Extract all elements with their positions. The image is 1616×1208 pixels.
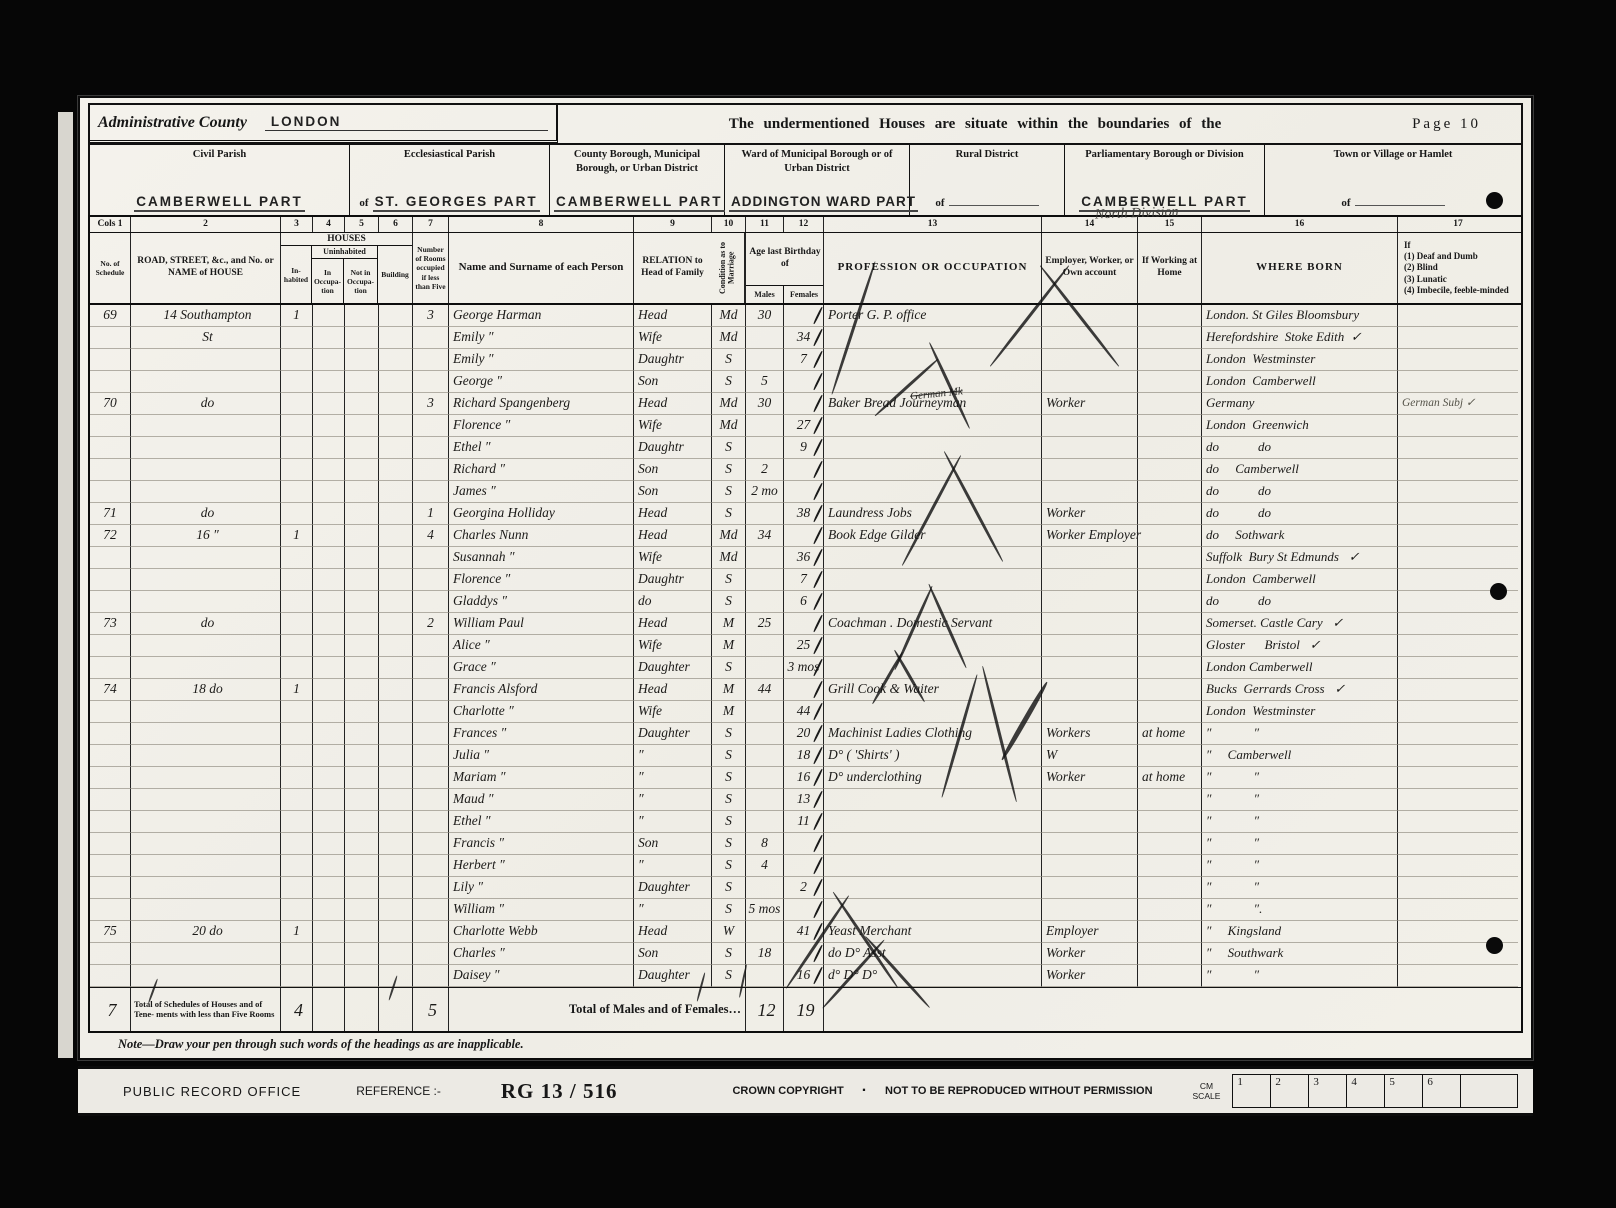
cell-condition: S <box>711 591 745 613</box>
cell-in-occupation <box>312 613 344 635</box>
header-working-at-home: If Working at Home <box>1137 233 1201 303</box>
cell-building <box>378 833 412 855</box>
cell-inhabited <box>280 745 312 767</box>
cell-building <box>378 415 412 437</box>
cell-employer <box>1041 811 1137 833</box>
administrative-county-box: Administrative County LONDON <box>90 105 558 143</box>
cell-person-name: William ″ <box>448 899 633 921</box>
cell-road <box>130 943 280 965</box>
cell-road <box>130 811 280 833</box>
cell-employer <box>1041 613 1137 635</box>
table-row: Maud ″″S13″ ″ <box>90 789 1521 811</box>
cell-occupation <box>823 833 1041 855</box>
cell-age-male <box>745 657 783 679</box>
cell-person-name: Gladdys ″ <box>448 591 633 613</box>
cell-in-occupation <box>312 811 344 833</box>
cell-rooms <box>412 591 448 613</box>
cell-rooms <box>412 547 448 569</box>
cell-age-male: 18 <box>745 943 783 965</box>
cell-condition: W <box>711 921 745 943</box>
administrative-county-label: Administrative County <box>98 114 247 132</box>
header-uninhabited: Uninhabited <box>312 246 378 259</box>
cell-inhabited <box>280 547 312 569</box>
cell-inhabited <box>280 965 312 987</box>
cell-relation: ″ <box>633 899 711 921</box>
cell-at-home <box>1137 525 1201 547</box>
undermentioned-houses-heading: The undermentioned Houses are situate wi… <box>558 116 1392 133</box>
table-row: Gladdys ″doS6do do <box>90 591 1521 613</box>
cell-condition: S <box>711 789 745 811</box>
cell-building <box>378 877 412 899</box>
cell-building <box>378 437 412 459</box>
cell-road <box>130 855 280 877</box>
cell-employer: W <box>1041 745 1137 767</box>
table-body: 6914 Southampton13George HarmanHeadMd30P… <box>90 305 1521 987</box>
cell-infirmity <box>1397 547 1518 569</box>
cell-employer <box>1041 635 1137 657</box>
cell-where-born: ″ ″ <box>1201 855 1397 877</box>
header-not-in-occupation: Not in Occupa- tion <box>344 259 378 303</box>
cell-in-occupation <box>312 701 344 723</box>
cm-scale-ruler: 123456 <box>1232 1074 1518 1108</box>
cell-inhabited <box>280 415 312 437</box>
scan-dot <box>1490 583 1507 600</box>
cell-where-born: do do <box>1201 481 1397 503</box>
cell-infirmity <box>1397 679 1518 701</box>
cell-rooms: 4 <box>412 525 448 547</box>
cell-in-occupation <box>312 855 344 877</box>
cell-not-in-occupation <box>344 327 378 349</box>
cell-person-name: Mariam ″ <box>448 767 633 789</box>
cell-infirmity <box>1397 349 1518 371</box>
cell-schedule <box>90 437 130 459</box>
table-row: Emily ″DaughtrS7London Westminster <box>90 349 1521 371</box>
cell-occupation <box>823 855 1041 877</box>
blank-line <box>949 196 1039 206</box>
cell-in-occupation <box>312 327 344 349</box>
cell-age-male <box>745 745 783 767</box>
cell-not-in-occupation <box>344 877 378 899</box>
table-row: Ethel ″″S11″ ″ <box>90 811 1521 833</box>
cell-in-occupation <box>312 877 344 899</box>
cell-person-name: George ″ <box>448 371 633 393</box>
cell-person-name: Richard ″ <box>448 459 633 481</box>
cell-not-in-occupation <box>344 591 378 613</box>
cell-where-born: Herefordshire Stoke Edith ✓ <box>1201 327 1397 349</box>
cell-employer <box>1041 899 1137 921</box>
cell-rooms <box>412 701 448 723</box>
cell-rooms <box>412 349 448 371</box>
cell-age-male <box>745 415 783 437</box>
cell-relation: Head <box>633 679 711 701</box>
cell-not-in-occupation <box>344 943 378 965</box>
cell-person-name: Herbert ″ <box>448 855 633 877</box>
cell-condition: S <box>711 723 745 745</box>
cell-relation: Wife <box>633 701 711 723</box>
cell-employer: Worker Employer <box>1041 525 1137 547</box>
cell-not-in-occupation <box>344 833 378 855</box>
cell-relation: Head <box>633 393 711 415</box>
cell-employer: Worker <box>1041 965 1137 987</box>
cell-occupation <box>823 701 1041 723</box>
cell-schedule <box>90 657 130 679</box>
table-row: Francis ″SonS8″ ″ <box>90 833 1521 855</box>
cell-where-born: London Camberwell <box>1201 569 1397 591</box>
cell-at-home: at home <box>1137 767 1201 789</box>
cell-rooms <box>412 459 448 481</box>
cell-rooms: 3 <box>412 393 448 415</box>
cell-not-in-occupation <box>344 789 378 811</box>
cell-person-name: Richard Spangenberg <box>448 393 633 415</box>
header-employer: Employer, Worker, or Own account <box>1041 233 1137 303</box>
cell-relation: ″ <box>633 789 711 811</box>
cell-person-name: Daisey ″ <box>448 965 633 987</box>
ward-value: ADDINGTON WARD PART <box>729 194 918 212</box>
cell-relation: ″ <box>633 745 711 767</box>
cell-where-born: Somerset. Castle Cary ✓ <box>1201 613 1397 635</box>
cell-where-born: ″ ″ <box>1201 877 1397 899</box>
cell-inhabited <box>280 657 312 679</box>
cell-age-male: 2 mo <box>745 481 783 503</box>
cell-condition: Md <box>711 547 745 569</box>
column-headers-row: No. of Schedule ROAD, STREET, &c., and N… <box>90 233 1521 305</box>
column-numbers-row: Cols 1234567891011121314151617 <box>90 217 1521 233</box>
cell-not-in-occupation <box>344 569 378 591</box>
cell-schedule <box>90 481 130 503</box>
pro-office-label: PUBLIC RECORD OFFICE <box>123 1084 301 1099</box>
cell-condition: M <box>711 613 745 635</box>
column-number: 13 <box>823 217 1041 232</box>
cell-road <box>130 877 280 899</box>
cell-rooms <box>412 855 448 877</box>
cell-inhabited <box>280 723 312 745</box>
cell-infirmity <box>1397 481 1518 503</box>
cell-where-born: London Camberwell <box>1201 371 1397 393</box>
cell-in-occupation <box>312 305 344 327</box>
cell-building <box>378 569 412 591</box>
ruler-cell: 1 <box>1232 1075 1270 1107</box>
header-condition: Condition as to Marriage <box>711 233 745 303</box>
cell-building <box>378 921 412 943</box>
cell-in-occupation <box>312 503 344 525</box>
cell-building <box>378 503 412 525</box>
cell-in-occupation <box>312 525 344 547</box>
cell-at-home <box>1137 415 1201 437</box>
cell-employer <box>1041 459 1137 481</box>
cell-employer <box>1041 789 1137 811</box>
cell-condition: S <box>711 767 745 789</box>
table-row: 73do2William PaulHeadM25Coachman . Domes… <box>90 613 1521 635</box>
cell-at-home <box>1137 789 1201 811</box>
cell-employer: Employer <box>1041 921 1137 943</box>
cell-not-in-occupation <box>344 811 378 833</box>
cell-not-in-occupation <box>344 921 378 943</box>
cell-at-home <box>1137 745 1201 767</box>
cell-relation: ″ <box>633 855 711 877</box>
cell-rooms <box>412 877 448 899</box>
cell-road: 20 do <box>130 921 280 943</box>
cell-inhabited <box>280 569 312 591</box>
cell-age-male <box>745 349 783 371</box>
cell-person-name: Emily ″ <box>448 327 633 349</box>
table-row: William ″″S5 mos″ ″. <box>90 899 1521 921</box>
table-row: Ethel ″DaughtrS9do do <box>90 437 1521 459</box>
column-number: 12 <box>783 217 823 232</box>
header-infirmity: If (1) Deaf and Dumb (2) Blind (3) Lunat… <box>1397 233 1518 303</box>
cell-relation: ″ <box>633 811 711 833</box>
cell-condition: S <box>711 855 745 877</box>
cell-at-home <box>1137 613 1201 635</box>
cell-relation: Head <box>633 613 711 635</box>
cell-relation: Daughter <box>633 657 711 679</box>
cell-employer <box>1041 481 1137 503</box>
cell-employer <box>1041 877 1137 899</box>
cell-infirmity <box>1397 833 1518 855</box>
cell-condition: S <box>711 899 745 921</box>
cell-in-occupation <box>312 459 344 481</box>
cell-age-male <box>745 327 783 349</box>
table-row: Julia ″″S18D° ( 'Shirts' )W″ Camberwell <box>90 745 1521 767</box>
column-number: 16 <box>1201 217 1397 232</box>
cell-employer <box>1041 855 1137 877</box>
cell-where-born: Gloster Bristol ✓ <box>1201 635 1397 657</box>
cell-relation: Son <box>633 371 711 393</box>
cell-relation: do <box>633 591 711 613</box>
cell-age-male <box>745 437 783 459</box>
cell-employer <box>1041 371 1137 393</box>
cell-rooms <box>412 767 448 789</box>
cell-in-occupation <box>312 657 344 679</box>
cell-schedule <box>90 789 130 811</box>
cell-at-home <box>1137 657 1201 679</box>
cell-road <box>130 635 280 657</box>
cell-road <box>130 789 280 811</box>
cell-in-occupation <box>312 789 344 811</box>
cell-road <box>130 459 280 481</box>
cell-infirmity <box>1397 877 1518 899</box>
cell-at-home <box>1137 547 1201 569</box>
public-record-office-footer: PUBLIC RECORD OFFICE REFERENCE :- RG 13 … <box>78 1066 1533 1116</box>
cell-occupation: Book Edge Gilder <box>823 525 1041 547</box>
column-number: Cols 1 <box>90 217 130 232</box>
cell-road: 18 do <box>130 679 280 701</box>
cell-at-home: at home <box>1137 723 1201 745</box>
cell-rooms: 1 <box>412 503 448 525</box>
cell-age-male <box>745 723 783 745</box>
cell-occupation <box>823 547 1041 569</box>
cell-rooms <box>412 745 448 767</box>
header-houses-group: HOUSES In- habited Uninhabited In Occupa… <box>280 233 412 303</box>
cell-condition: M <box>711 635 745 657</box>
table-row: StEmily ″WifeMd34Herefordshire Stoke Edi… <box>90 327 1521 349</box>
cell-at-home <box>1137 701 1201 723</box>
cell-infirmity <box>1397 525 1518 547</box>
ecclesiastical-parish-label: Ecclesiastical Parish <box>354 148 545 162</box>
cell-schedule <box>90 547 130 569</box>
town-village-label: Town or Village or Hamlet <box>1269 148 1517 162</box>
district-header-row: Civil Parish CAMBERWELL PART Ecclesiasti… <box>88 143 1523 215</box>
cell-age-male <box>745 877 783 899</box>
cell-age-male <box>745 591 783 613</box>
cell-inhabited <box>280 899 312 921</box>
cell-in-occupation <box>312 745 344 767</box>
cell-relation: Daughtr <box>633 569 711 591</box>
header-houses: HOUSES <box>281 233 412 246</box>
cell-inhabited: 1 <box>280 525 312 547</box>
cell-relation: Daughter <box>633 723 711 745</box>
cell-rooms <box>412 943 448 965</box>
cell-not-in-occupation <box>344 305 378 327</box>
cell-rooms <box>412 415 448 437</box>
cell-building <box>378 943 412 965</box>
column-number: 11 <box>745 217 783 232</box>
cell-inhabited: 1 <box>280 921 312 943</box>
cell-relation: Daughter <box>633 965 711 987</box>
header-schedule: No. of Schedule <box>90 233 130 303</box>
table-row: Frances ″DaughterS20Machinist Ladies Clo… <box>90 723 1521 745</box>
cell-condition: S <box>711 877 745 899</box>
cell-in-occupation <box>312 679 344 701</box>
cell-age-male: 4 <box>745 855 783 877</box>
table-row: James ″SonS2 modo do <box>90 481 1521 503</box>
cell-at-home <box>1137 569 1201 591</box>
ruler-cell-empty <box>1460 1075 1518 1107</box>
ecclesiastical-parish-box: Ecclesiastical Parish ofST. GEORGES PART <box>350 145 550 215</box>
cell-road <box>130 701 280 723</box>
cell-rooms <box>412 965 448 987</box>
cell-rooms <box>412 657 448 679</box>
cell-inhabited <box>280 459 312 481</box>
cell-rooms <box>412 569 448 591</box>
cell-employer: Worker <box>1041 393 1137 415</box>
total-males-females-label: Total of Males and of Females… <box>448 988 745 1031</box>
cell-relation: ″ <box>633 767 711 789</box>
cell-age-male: 34 <box>745 525 783 547</box>
cell-inhabited <box>280 877 312 899</box>
civil-parish-value: CAMBERWELL PART <box>134 194 305 212</box>
cell-schedule <box>90 811 130 833</box>
totals-row: 7 Total of Schedules of Houses and of Te… <box>90 987 1521 1031</box>
cell-occupation <box>823 657 1041 679</box>
cell-person-name: Charles ″ <box>448 943 633 965</box>
cell-infirmity <box>1397 723 1518 745</box>
cell-not-in-occupation <box>344 657 378 679</box>
separator-dot: · <box>862 1082 867 1100</box>
cell-building <box>378 327 412 349</box>
table-row: George ″SonS5London Camberwell <box>90 371 1521 393</box>
cell-in-occupation <box>312 635 344 657</box>
cell-schedule <box>90 943 130 965</box>
cell-infirmity <box>1397 459 1518 481</box>
cell-building <box>378 371 412 393</box>
cell-condition: S <box>711 657 745 679</box>
cell-where-born: London Greenwich <box>1201 415 1397 437</box>
cell-relation: Daughter <box>633 877 711 899</box>
cell-occupation <box>823 811 1041 833</box>
cell-where-born: do do <box>1201 437 1397 459</box>
cell-in-occupation <box>312 393 344 415</box>
cell-inhabited: 1 <box>280 679 312 701</box>
cell-building <box>378 789 412 811</box>
cell-age-male <box>745 547 783 569</box>
total-females: 19 <box>783 988 823 1031</box>
cell-at-home <box>1137 833 1201 855</box>
cell-condition: Md <box>711 415 745 437</box>
cell-inhabited <box>280 767 312 789</box>
cell-where-born: ″ ″ <box>1201 833 1397 855</box>
cell-person-name: Francis Alsford <box>448 679 633 701</box>
cell-relation: Son <box>633 459 711 481</box>
cell-not-in-occupation <box>344 635 378 657</box>
cell-relation: Daughtr <box>633 437 711 459</box>
cell-at-home <box>1137 481 1201 503</box>
cell-person-name: Lily ″ <box>448 877 633 899</box>
cell-relation: Son <box>633 943 711 965</box>
cell-age-male <box>745 503 783 525</box>
cell-inhabited <box>280 503 312 525</box>
cell-occupation <box>823 481 1041 503</box>
column-number: 2 <box>130 217 280 232</box>
blank-line <box>1355 196 1445 206</box>
cell-not-in-occupation <box>344 371 378 393</box>
header-road: ROAD, STREET, &c., and No. or NAME of HO… <box>130 233 280 303</box>
cell-building <box>378 525 412 547</box>
cell-not-in-occupation <box>344 415 378 437</box>
cell-infirmity <box>1397 371 1518 393</box>
cell-in-occupation <box>312 723 344 745</box>
table-row: Charlotte ″WifeM44London Westminster <box>90 701 1521 723</box>
cell-at-home <box>1137 371 1201 393</box>
reproduction-notice: NOT TO BE REPRODUCED WITHOUT PERMISSION <box>885 1085 1152 1097</box>
cell-infirmity <box>1397 327 1518 349</box>
cell-road <box>130 767 280 789</box>
cell-at-home <box>1137 921 1201 943</box>
cell-person-name: Emily ″ <box>448 349 633 371</box>
cell-rooms <box>412 899 448 921</box>
cell-infirmity <box>1397 635 1518 657</box>
cell-condition: Md <box>711 305 745 327</box>
cell-building <box>378 899 412 921</box>
ecclesiastical-parish-value: ST. GEORGES PART <box>373 194 540 212</box>
cell-building <box>378 679 412 701</box>
cell-infirmity <box>1397 657 1518 679</box>
cell-inhabited <box>280 349 312 371</box>
cell-employer <box>1041 569 1137 591</box>
cell-condition: Md <box>711 327 745 349</box>
cell-age-male: 5 <box>745 371 783 393</box>
cell-occupation: Coachman . Domestic Servant <box>823 613 1041 635</box>
table-row: Richard ″SonS2do Camberwell <box>90 459 1521 481</box>
cell-in-occupation <box>312 349 344 371</box>
cell-not-in-occupation <box>344 525 378 547</box>
cell-at-home <box>1137 635 1201 657</box>
header-relation: RELATION to Head of Family <box>633 233 711 303</box>
cell-building <box>378 305 412 327</box>
cell-relation: Head <box>633 525 711 547</box>
header-where-born: WHERE BORN <box>1201 233 1397 303</box>
cell-person-name: James ″ <box>448 481 633 503</box>
cell-road: 16 ″ <box>130 525 280 547</box>
cell-age-male <box>745 767 783 789</box>
header-age: Age last Birthday of <box>746 233 824 286</box>
census-sheet: Administrative County LONDON The underme… <box>78 96 1533 1060</box>
county-borough-box: County Borough, Municipal Borough, or Ur… <box>550 145 725 215</box>
cell-building <box>378 767 412 789</box>
cell-employer <box>1041 657 1137 679</box>
cell-where-born: Germany <box>1201 393 1397 415</box>
cell-inhabited <box>280 855 312 877</box>
total-under-five-rooms: 5 <box>412 988 448 1031</box>
